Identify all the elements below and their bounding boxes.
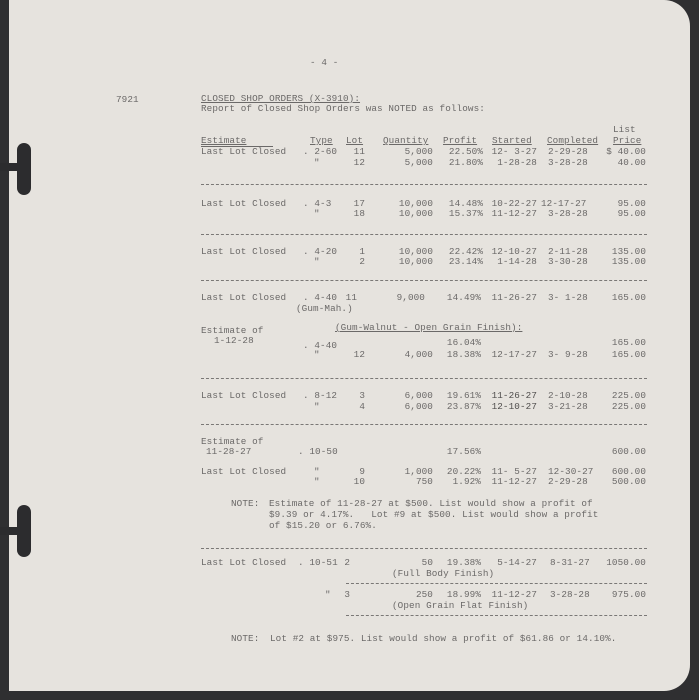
cell-completed: 3- 1-28 xyxy=(548,292,588,303)
cell-estimate: Last Lot Closed xyxy=(201,557,286,568)
cell-lot: 2 xyxy=(340,256,365,267)
note-line: Estimate of 11-28-27 at $500. List would… xyxy=(269,498,593,509)
cell-estimate: Last Lot Closed xyxy=(201,292,286,303)
header-quantity: Quantity xyxy=(383,135,428,146)
cell-price: 165.00 xyxy=(600,337,646,348)
cell-quantity: 10,000 xyxy=(380,208,433,219)
cell-quantity: 9,000 xyxy=(372,292,425,303)
cell-lot: 12 xyxy=(340,157,365,168)
cell-started: 11-12-27 xyxy=(488,208,537,219)
cell-type: " xyxy=(314,476,320,487)
cell-started: 1-28-28 xyxy=(488,157,537,168)
cell-type: " xyxy=(314,256,320,267)
cell-completed: 3-28-28 xyxy=(548,208,588,219)
header-lot: Lot xyxy=(346,135,363,146)
header-completed: Completed xyxy=(547,135,598,146)
cell-started: 11-26-27 xyxy=(488,292,537,303)
cell-profit: 21.80% xyxy=(438,157,483,168)
cell-lot: 4 xyxy=(340,401,365,412)
cell-completed: 2-29-28 xyxy=(548,476,588,487)
cell-price: 165.00 xyxy=(600,292,646,303)
cell-estimate-date: 11-28-27 xyxy=(206,446,251,457)
divider xyxy=(201,234,647,235)
cell-type: . 10-50 xyxy=(298,446,338,457)
cell-price: 975.00 xyxy=(600,589,646,600)
cell-price: 225.00 xyxy=(600,390,646,401)
header-profit: Profit xyxy=(443,135,477,146)
cell-completed: 3-28-28 xyxy=(548,157,588,168)
cell-type-note: (Gum-Mah.) xyxy=(296,303,353,314)
cell-finish-note: (Open Grain Flat Finish) xyxy=(392,600,528,611)
cell-completed: 2-29-28 xyxy=(548,146,588,157)
cell-quantity: 4,000 xyxy=(380,349,433,360)
cell-completed: 8-31-27 xyxy=(550,557,590,568)
cell-profit: 18.38% xyxy=(436,349,481,360)
cell-lot: 3 xyxy=(340,390,365,401)
cell-estimate: Last Lot Closed xyxy=(201,466,286,477)
cell-started: 12-17-27 xyxy=(488,349,537,360)
cell-type: " xyxy=(314,208,320,219)
divider xyxy=(201,378,647,379)
cell-started: 11-12-27 xyxy=(488,589,537,600)
divider xyxy=(201,424,647,425)
cell-lot: 10 xyxy=(340,476,365,487)
section-intro: Report of Closed Shop Orders was NOTED a… xyxy=(201,103,485,114)
cell-completed: 2-10-28 xyxy=(548,390,588,401)
cell-price: 95.00 xyxy=(600,208,646,219)
header-started: Started xyxy=(492,135,532,146)
cell-started: 12-10-27 xyxy=(488,401,537,412)
cell-lot: 3 xyxy=(325,589,350,600)
cell-lot: 11 xyxy=(332,292,357,303)
cell-started: 11-26-27 xyxy=(488,390,537,401)
cell-estimate: Last Lot Closed xyxy=(201,390,286,401)
cell-type: . 2-60 xyxy=(303,146,337,157)
cell-profit: 16.04% xyxy=(436,337,481,348)
header-list: List xyxy=(613,124,636,135)
header-price: Price xyxy=(613,135,641,146)
cell-started: 5-14-27 xyxy=(488,557,537,568)
binder-hole-bottom xyxy=(17,505,31,557)
cell-estimate: Last Lot Closed xyxy=(201,198,286,209)
cell-profit: 1.92% xyxy=(436,476,481,487)
item-number: 7921 xyxy=(116,94,139,105)
cell-quantity: 5,000 xyxy=(380,146,433,157)
cell-profit: 15.37% xyxy=(438,208,483,219)
cell-price: 1050.00 xyxy=(600,557,646,568)
cell-profit: 14.49% xyxy=(436,292,481,303)
header-type: Type xyxy=(310,135,333,146)
cell-type: . 4-40 xyxy=(303,340,337,351)
cell-quantity: 6,000 xyxy=(380,390,433,401)
cell-price: 135.00 xyxy=(600,256,646,267)
cell-completed: 3-21-28 xyxy=(548,401,588,412)
cell-profit: 23.14% xyxy=(438,256,483,267)
cell-type: " xyxy=(314,401,320,412)
cell-price: 165.00 xyxy=(600,349,646,360)
cell-quantity: 6,000 xyxy=(380,401,433,412)
cell-price: 40.00 xyxy=(600,157,646,168)
cell-lot: 18 xyxy=(340,208,365,219)
binder-hole-top xyxy=(17,143,31,195)
cell-price: 225.00 xyxy=(600,401,646,412)
cell-price: 600.00 xyxy=(600,446,646,457)
header-estimate: Estimate xyxy=(201,135,246,146)
cell-quantity: 10,000 xyxy=(380,256,433,267)
cell-lot: 2 xyxy=(325,557,350,568)
cell-started: 1-14-28 xyxy=(488,256,537,267)
cell-lot: 12 xyxy=(340,349,365,360)
cell-estimate-date: 1-12-28 xyxy=(214,335,254,346)
cell-estimate: Last Lot Closed xyxy=(201,246,286,257)
cell-type: " xyxy=(314,349,320,360)
final-note-label: NOTE: xyxy=(231,633,259,644)
cell-profit: 22.50% xyxy=(438,146,483,157)
divider xyxy=(346,615,647,616)
group-heading: (Gum-Walnut - Open Grain Finish): xyxy=(335,322,522,333)
cell-lot: 11 xyxy=(340,146,365,157)
cell-completed: 3-30-28 xyxy=(548,256,588,267)
divider xyxy=(201,280,647,281)
note-line: of $15.20 or 6.76%. xyxy=(269,520,377,531)
note-label: NOTE: xyxy=(231,498,259,509)
cell-type: . 8-12 xyxy=(303,390,337,401)
cell-quantity: 750 xyxy=(380,476,433,487)
cell-started: 11-12-27 xyxy=(488,476,537,487)
divider xyxy=(346,583,647,584)
cell-finish-note: (Full Body Finish) xyxy=(392,568,494,579)
cell-profit: 18.99% xyxy=(436,589,481,600)
cell-quantity: 50 xyxy=(380,557,433,568)
cell-profit: 19.61% xyxy=(436,390,481,401)
cell-type: " xyxy=(314,157,320,168)
cell-price: 500.00 xyxy=(600,476,646,487)
cell-profit: 23.87% xyxy=(436,401,481,412)
cell-type: . 4-20 xyxy=(303,246,337,257)
divider xyxy=(201,548,647,549)
divider xyxy=(201,184,647,185)
cell-quantity: 250 xyxy=(380,589,433,600)
page-number: - 4 - xyxy=(310,57,338,68)
cell-started: 12- 3-27 xyxy=(488,146,537,157)
final-note-text: Lot #2 at $975. List would show a profit… xyxy=(270,633,616,644)
cell-completed: 3- 9-28 xyxy=(548,349,588,360)
cell-profit: 17.56% xyxy=(436,446,481,457)
cell-price: $ 40.00 xyxy=(600,146,646,157)
cell-quantity: 5,000 xyxy=(380,157,433,168)
note-line: $9.39 or 4.17%. Lot #9 at $500. List wou… xyxy=(269,509,598,520)
cell-completed: 3-28-28 xyxy=(550,589,590,600)
cell-estimate: Last Lot Closed xyxy=(201,146,286,157)
cell-profit: 19.38% xyxy=(436,557,481,568)
